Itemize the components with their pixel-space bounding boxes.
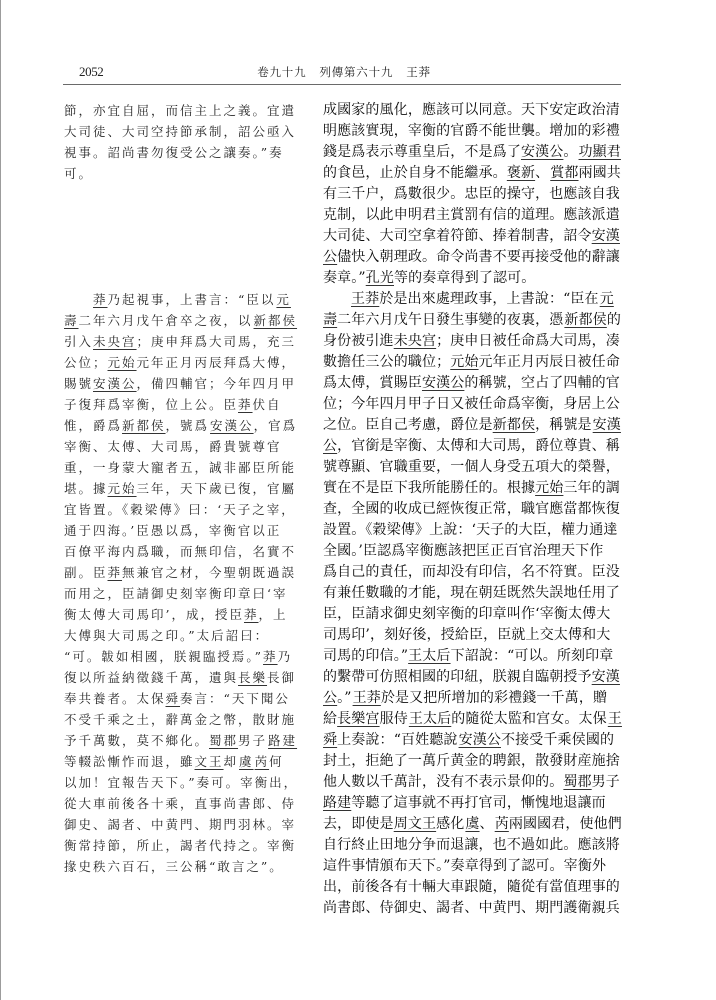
proper-name-underlined: 元始 bbox=[450, 354, 478, 370]
proper-name-underlined: 路建 bbox=[268, 733, 297, 748]
proper-name-underlined: 莽 bbox=[263, 649, 278, 664]
text-line: 位；今年四月甲子日又被任命爲宰衡，身居上公 bbox=[323, 394, 623, 415]
text-line: 去，即使是周文王感化虞、芮兩國國君，使他們 bbox=[323, 814, 623, 835]
proper-name-underlined: 莽 bbox=[238, 397, 253, 412]
text-line: 之位。臣自己考慮，爵位是新都侯，稱號是安漢 bbox=[323, 415, 623, 436]
proper-name-underlined: 王 bbox=[608, 711, 622, 727]
text-line: 重，一身蒙大寵者五，誠非鄙臣所能 bbox=[64, 457, 300, 478]
text-line: 公，官銜是宰衡、太傅和大司馬，爵位尊貴、稱 bbox=[323, 436, 623, 457]
text-line: 臣，臣請求御史刻宰衡的印章叫作‘宰衡太傅大 bbox=[323, 604, 623, 625]
proper-name-underlined: 元 bbox=[276, 292, 291, 307]
text-line: 副。臣莽無兼官之材，今聖朝既過誤 bbox=[64, 562, 300, 583]
text-line: 可。 bbox=[64, 163, 300, 184]
proper-name-underlined: 褒新 bbox=[507, 165, 535, 181]
paragraph: 王莽於是出來處理政事，上書說：“臣在元壽二年六月戊午日發生事變的夜裏，憑新都侯的… bbox=[323, 289, 623, 919]
proper-name-underlined: 賞都 bbox=[550, 165, 578, 181]
text-line: 復以所益納徵錢千萬，遺與長樂長御 bbox=[64, 667, 300, 688]
proper-name-underlined: 周文王 bbox=[394, 816, 436, 832]
text-line: 大司徒、大司空拿着符節、捧着制書，詔令安漢 bbox=[323, 226, 623, 247]
text-line: 從大車前後各十乘，直事尚書郎、侍 bbox=[64, 793, 300, 814]
proper-name-underlined: 文王 bbox=[195, 754, 224, 769]
proper-name-underlined: 芮 bbox=[495, 816, 509, 832]
proper-name-underlined: 芮 bbox=[255, 754, 270, 769]
proper-name-underlined: 王太后 bbox=[409, 711, 451, 727]
proper-name-underlined: 王莽 bbox=[353, 690, 381, 706]
text-line: 給長樂宫服侍王太后的隨從太監和宫女。太保王 bbox=[323, 709, 623, 730]
running-title-subject: 王莽 bbox=[406, 65, 431, 79]
text-line: 全國。’臣認爲宰衡應該把匡正百官治理天下作 bbox=[323, 541, 623, 562]
text-line: 身份被引進未央宫；庚申日被任命爲大司馬，凑 bbox=[323, 331, 623, 352]
proper-name-underlined: 莽 bbox=[244, 607, 259, 622]
proper-name-underlined: 虞 bbox=[239, 754, 254, 769]
text-line: 公位；元始元年正月丙辰拜爲大傅， bbox=[64, 352, 300, 373]
proper-name-underlined: 王莽 bbox=[351, 291, 379, 307]
proper-name-underlined: 壽 bbox=[64, 313, 79, 328]
text-line: 等輟訟慚怍而退，雖文王却虞芮何 bbox=[64, 751, 300, 772]
text-line: 爲太傅，賞賜臣安漢公的稱號，空占了四輔的官 bbox=[323, 373, 623, 394]
proper-name-underlined: 安漢 bbox=[592, 669, 620, 685]
text-line: 以加！宜報告天下。”奏可。宰衡出， bbox=[64, 772, 300, 793]
text-line: 壽二年六月戊午日發生事變的夜裏，憑新都侯的 bbox=[323, 310, 623, 331]
text-line: 司馬印’，刻好後，授給臣，臣就上交太傅和大 bbox=[323, 625, 623, 646]
proper-name-underlined: 莽 bbox=[93, 292, 108, 307]
proper-name-underlined: 安漢 bbox=[592, 228, 620, 244]
text-line: 御史、謁者、中黄門、期門羽林。宰 bbox=[64, 814, 300, 835]
proper-name-underlined: 長樂 bbox=[238, 670, 267, 685]
text-line: 而用之，臣請御史刻宰衡印章曰‘宰 bbox=[64, 583, 300, 604]
text-line: 數擔任三公的職位；元始元年正月丙辰日被任命 bbox=[323, 352, 623, 373]
proper-name-underlined: 安漢 bbox=[593, 417, 621, 433]
proper-name-underlined: 安漢公 bbox=[93, 376, 137, 391]
text-line: 視事。詔尚書勿復受公之讓奏。”奏 bbox=[64, 142, 300, 163]
text-line: 路建等聽了這事就不再打官司，慚愧地退讓而 bbox=[323, 793, 623, 814]
proper-name-underlined: 路建 bbox=[323, 795, 351, 811]
text-line: 子復拜爲宰衡，位上公。臣莽伏自 bbox=[64, 394, 300, 415]
text-line: 公。”王莽於是又把所增加的彩禮錢一千萬，贈 bbox=[323, 688, 623, 709]
proper-name-underlined: 未央宫 bbox=[394, 333, 436, 349]
text-line: 莽乃起視事，上書言：“臣以元 bbox=[64, 289, 300, 310]
proper-name-underlined: 王太后 bbox=[408, 648, 450, 664]
running-title: 卷九十九列傳第六十九王莽 bbox=[244, 64, 444, 80]
text-line: 有兼任數職的才能，現在朝廷既然失誤地任用了 bbox=[323, 583, 623, 604]
text-line: 衡太傅大司馬印’，成，授臣莽，上 bbox=[64, 604, 300, 625]
paragraph: 成國家的風化，應該可以同意。天下安定政治清明應該實現，宰衡的官爵不能世襲。增加的… bbox=[323, 100, 623, 289]
proper-name-underlined: 舜 bbox=[323, 732, 337, 748]
text-line: 衡常持節，所止，謁者代持之。宰衡 bbox=[64, 835, 300, 856]
text-line: 實在不是臣下我所能勝任的。根據元始三年的調 bbox=[323, 478, 623, 499]
proper-name-underlined: 新都侯 bbox=[122, 418, 166, 433]
proper-name-underlined: 長樂宫 bbox=[337, 711, 379, 727]
proper-name-underlined: 新都侯 bbox=[254, 313, 298, 328]
text-line: 舜上奏說：“百姓聽說安漢公不接受千乘侯國的 bbox=[323, 730, 623, 751]
running-title-chapter: 列傳第六十九 bbox=[319, 65, 393, 79]
text-line: 設置。《穀梁傳》上說：‘天子的大臣，權力通達 bbox=[323, 520, 623, 541]
proper-name-underlined: 未央宫 bbox=[93, 334, 137, 349]
text-line: 查，全國的收成已經恢復正常，職官應當都恢復 bbox=[323, 499, 623, 520]
text-line: 通于四海。’臣愚以爲，宰衡官以正 bbox=[64, 520, 300, 541]
paragraph: 莽乃起視事，上書言：“臣以元壽二年六月戊午倉卒之夜，以新都侯引入未央宫；庚申拜爲… bbox=[64, 289, 300, 877]
running-title-volume: 卷九十九 bbox=[257, 65, 306, 79]
text-line: 號尊顯、官職重要，一個人身受五項大的榮譽， bbox=[323, 457, 623, 478]
proper-name-underlined: 公 bbox=[323, 690, 337, 706]
text-line: 節，亦宜自屈，而信主上之義。宜遣 bbox=[64, 100, 300, 121]
text-line: 有三千户，爲數很少。忠臣的操守，也應該自我 bbox=[323, 184, 623, 205]
page-number: 2052 bbox=[79, 64, 103, 80]
proper-name-underlined: 新都侯 bbox=[564, 312, 606, 328]
proper-name-underlined: 新都侯 bbox=[493, 417, 535, 433]
text-line: 他人數以千萬計，没有不表示景仰的。蜀郡男子 bbox=[323, 772, 623, 793]
text-line: 明應該實現，宰衡的官爵不能世襲。增加的彩禮 bbox=[323, 121, 623, 142]
text-line: 錢是爲表示尊重皇后，不是爲了安漢公。功顯君 bbox=[323, 142, 623, 163]
text-line: 惟，爵爲新都侯，號爲安漢公，官爲 bbox=[64, 415, 300, 436]
proper-name-underlined: 壽 bbox=[323, 312, 337, 328]
proper-name-underlined: 孔光 bbox=[366, 270, 394, 286]
text-line: 百僚平海内爲職，而無印信，名實不 bbox=[64, 541, 300, 562]
proper-name-underlined: 安漢公 bbox=[210, 418, 254, 433]
text-line: 引入未央宫；庚申拜爲大司馬，充三 bbox=[64, 331, 300, 352]
text-line: 自行終止田地分争而退讓，也不過如此。應該將 bbox=[323, 835, 623, 856]
text-line: 大傅與大司馬之印。”太后詔曰： bbox=[64, 625, 300, 646]
proper-name-underlined: 蜀郡 bbox=[563, 774, 591, 790]
text-line: 克制，以此申明君主賞罰有信的道理。應該派遣 bbox=[323, 205, 623, 226]
text-line: 這件事情頒布天下。”奏章得到了認可。宰衡外 bbox=[323, 856, 623, 877]
text-line: 掾史秩六百石，三公稱“敢言之”。 bbox=[64, 856, 300, 877]
proper-name-underlined: 功顯君 bbox=[579, 144, 621, 160]
text-line: 封土，拒絶了一萬斤黄金的聘銀，散發財産施捨 bbox=[323, 751, 623, 772]
text-line: 大司徒、大司空持節承制，詔公亟入 bbox=[64, 121, 300, 142]
text-line: 宰衡、太傅、大司馬，爵貴號尊官 bbox=[64, 436, 300, 457]
text-line: 公儘快入朝理政。命令尚書不要再接受他的辭讓 bbox=[323, 247, 623, 268]
proper-name-underlined: 蜀郡 bbox=[209, 733, 238, 748]
proper-name-underlined: 元始 bbox=[108, 481, 137, 496]
text-line: 爲自己的責任，而却没有印信，名不符實。臣没 bbox=[323, 562, 623, 583]
proper-name-underlined: 公 bbox=[323, 249, 337, 265]
text-line: 成國家的風化，應該可以同意。天下安定政治清 bbox=[323, 100, 623, 121]
proper-name-underlined: 元始 bbox=[535, 480, 563, 496]
text-line: 堪。據元始三年，天下歲已復，官屬 bbox=[64, 478, 300, 499]
proper-name-underlined: 安漢公 bbox=[422, 375, 464, 391]
proper-name-underlined: 公 bbox=[323, 438, 337, 454]
proper-name-underlined: 虞 bbox=[465, 816, 479, 832]
proper-name-underlined: 安漢公 bbox=[459, 732, 501, 748]
text-line: 賜號安漢公，備四輔官；今年四月甲 bbox=[64, 373, 300, 394]
proper-name-underlined: 元 bbox=[600, 291, 614, 307]
header-rule bbox=[63, 84, 621, 85]
text-line: 宜皆置。《穀梁傳》曰：‘天子之宰， bbox=[64, 499, 300, 520]
text-line: 不受千乘之土，辭萬金之幣，散財施 bbox=[64, 709, 300, 730]
scan-page-edge bbox=[0, 0, 1, 1000]
text-line: 奉共養者。太保舜奏言：“天下聞公 bbox=[64, 688, 300, 709]
text-line: 王莽於是出來處理政事，上書說：“臣在元 bbox=[323, 289, 623, 310]
text-line: 出，前後各有十輛大車跟隨，隨從有當值理事的 bbox=[323, 877, 623, 898]
text-line: 予千萬數，莫不鄉化。蜀郡男子路建 bbox=[64, 730, 300, 751]
proper-name-underlined: 舜 bbox=[166, 691, 181, 706]
paragraph: 節，亦宜自屈，而信主上之義。宜遣大司徒、大司空持節承制，詔公亟入視事。詔尚書勿復… bbox=[64, 100, 300, 184]
text-line: 的食邑，止於自身不能繼承。褒新、賞都兩國共 bbox=[323, 163, 623, 184]
text-line: 奏章。”孔光等的奏章得到了認可。 bbox=[323, 268, 623, 289]
proper-name-underlined: 莽 bbox=[108, 565, 123, 580]
proper-name-underlined: 安漢公 bbox=[521, 144, 563, 160]
text-line: 的繫帶可仿照相國的印紐，朕親自臨朝授予安漢 bbox=[323, 667, 623, 688]
text-line: 司馬的印信。”王太后下詔說：“可以。所刻印章 bbox=[323, 646, 623, 667]
text-line: 壽二年六月戊午倉卒之夜，以新都侯 bbox=[64, 310, 300, 331]
text-line: 尚書郎、侍御史、謁者、中黄門、期門護衛親兵 bbox=[323, 898, 623, 919]
proper-name-underlined: 元始 bbox=[108, 355, 137, 370]
text-line: “可。韍如相國，朕親臨授焉。”莽乃 bbox=[64, 646, 300, 667]
